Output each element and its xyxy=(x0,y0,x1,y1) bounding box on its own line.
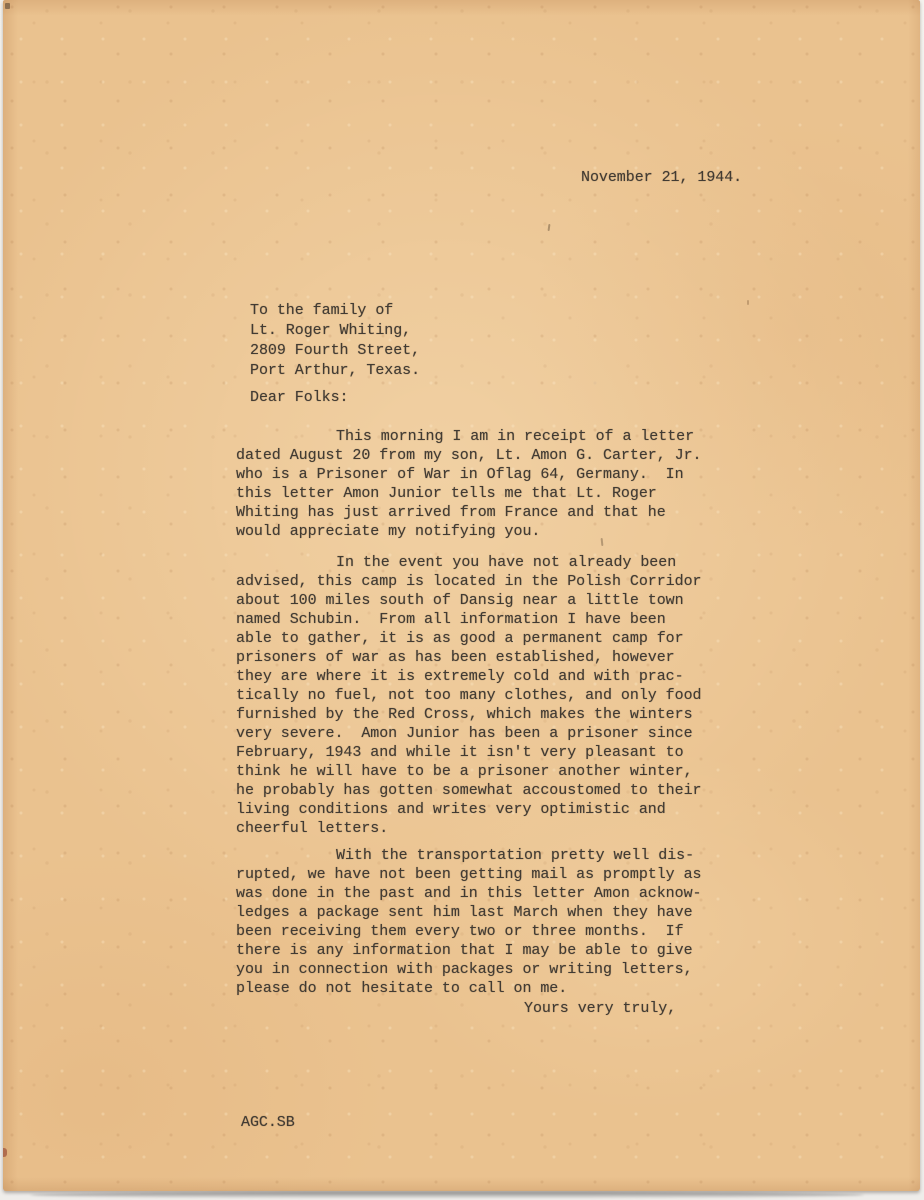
scanned-letter-image: November 21, 1944. To the family of Lt. … xyxy=(0,0,924,1200)
recipient-address: To the family of Lt. Roger Whiting, 2809… xyxy=(250,301,420,381)
letter-page: November 21, 1944. To the family of Lt. … xyxy=(3,0,920,1191)
paper-blemish xyxy=(747,300,749,305)
salutation: Dear Folks: xyxy=(250,388,348,407)
letter-paragraph: In the event you have not already been a… xyxy=(236,553,718,838)
closing-valediction: Yours very truly, xyxy=(524,999,676,1018)
typist-reference-initials: AGC.SB xyxy=(241,1113,295,1132)
paper-blemish xyxy=(548,224,551,231)
letter-paragraph: This morning I am in receipt of a letter… xyxy=(236,427,718,541)
paper-blemish xyxy=(5,3,10,9)
letter-date: November 21, 1944. xyxy=(581,168,742,187)
letter-paragraph: With the transportation pretty well dis-… xyxy=(236,846,718,998)
paper-blemish xyxy=(3,1148,7,1157)
